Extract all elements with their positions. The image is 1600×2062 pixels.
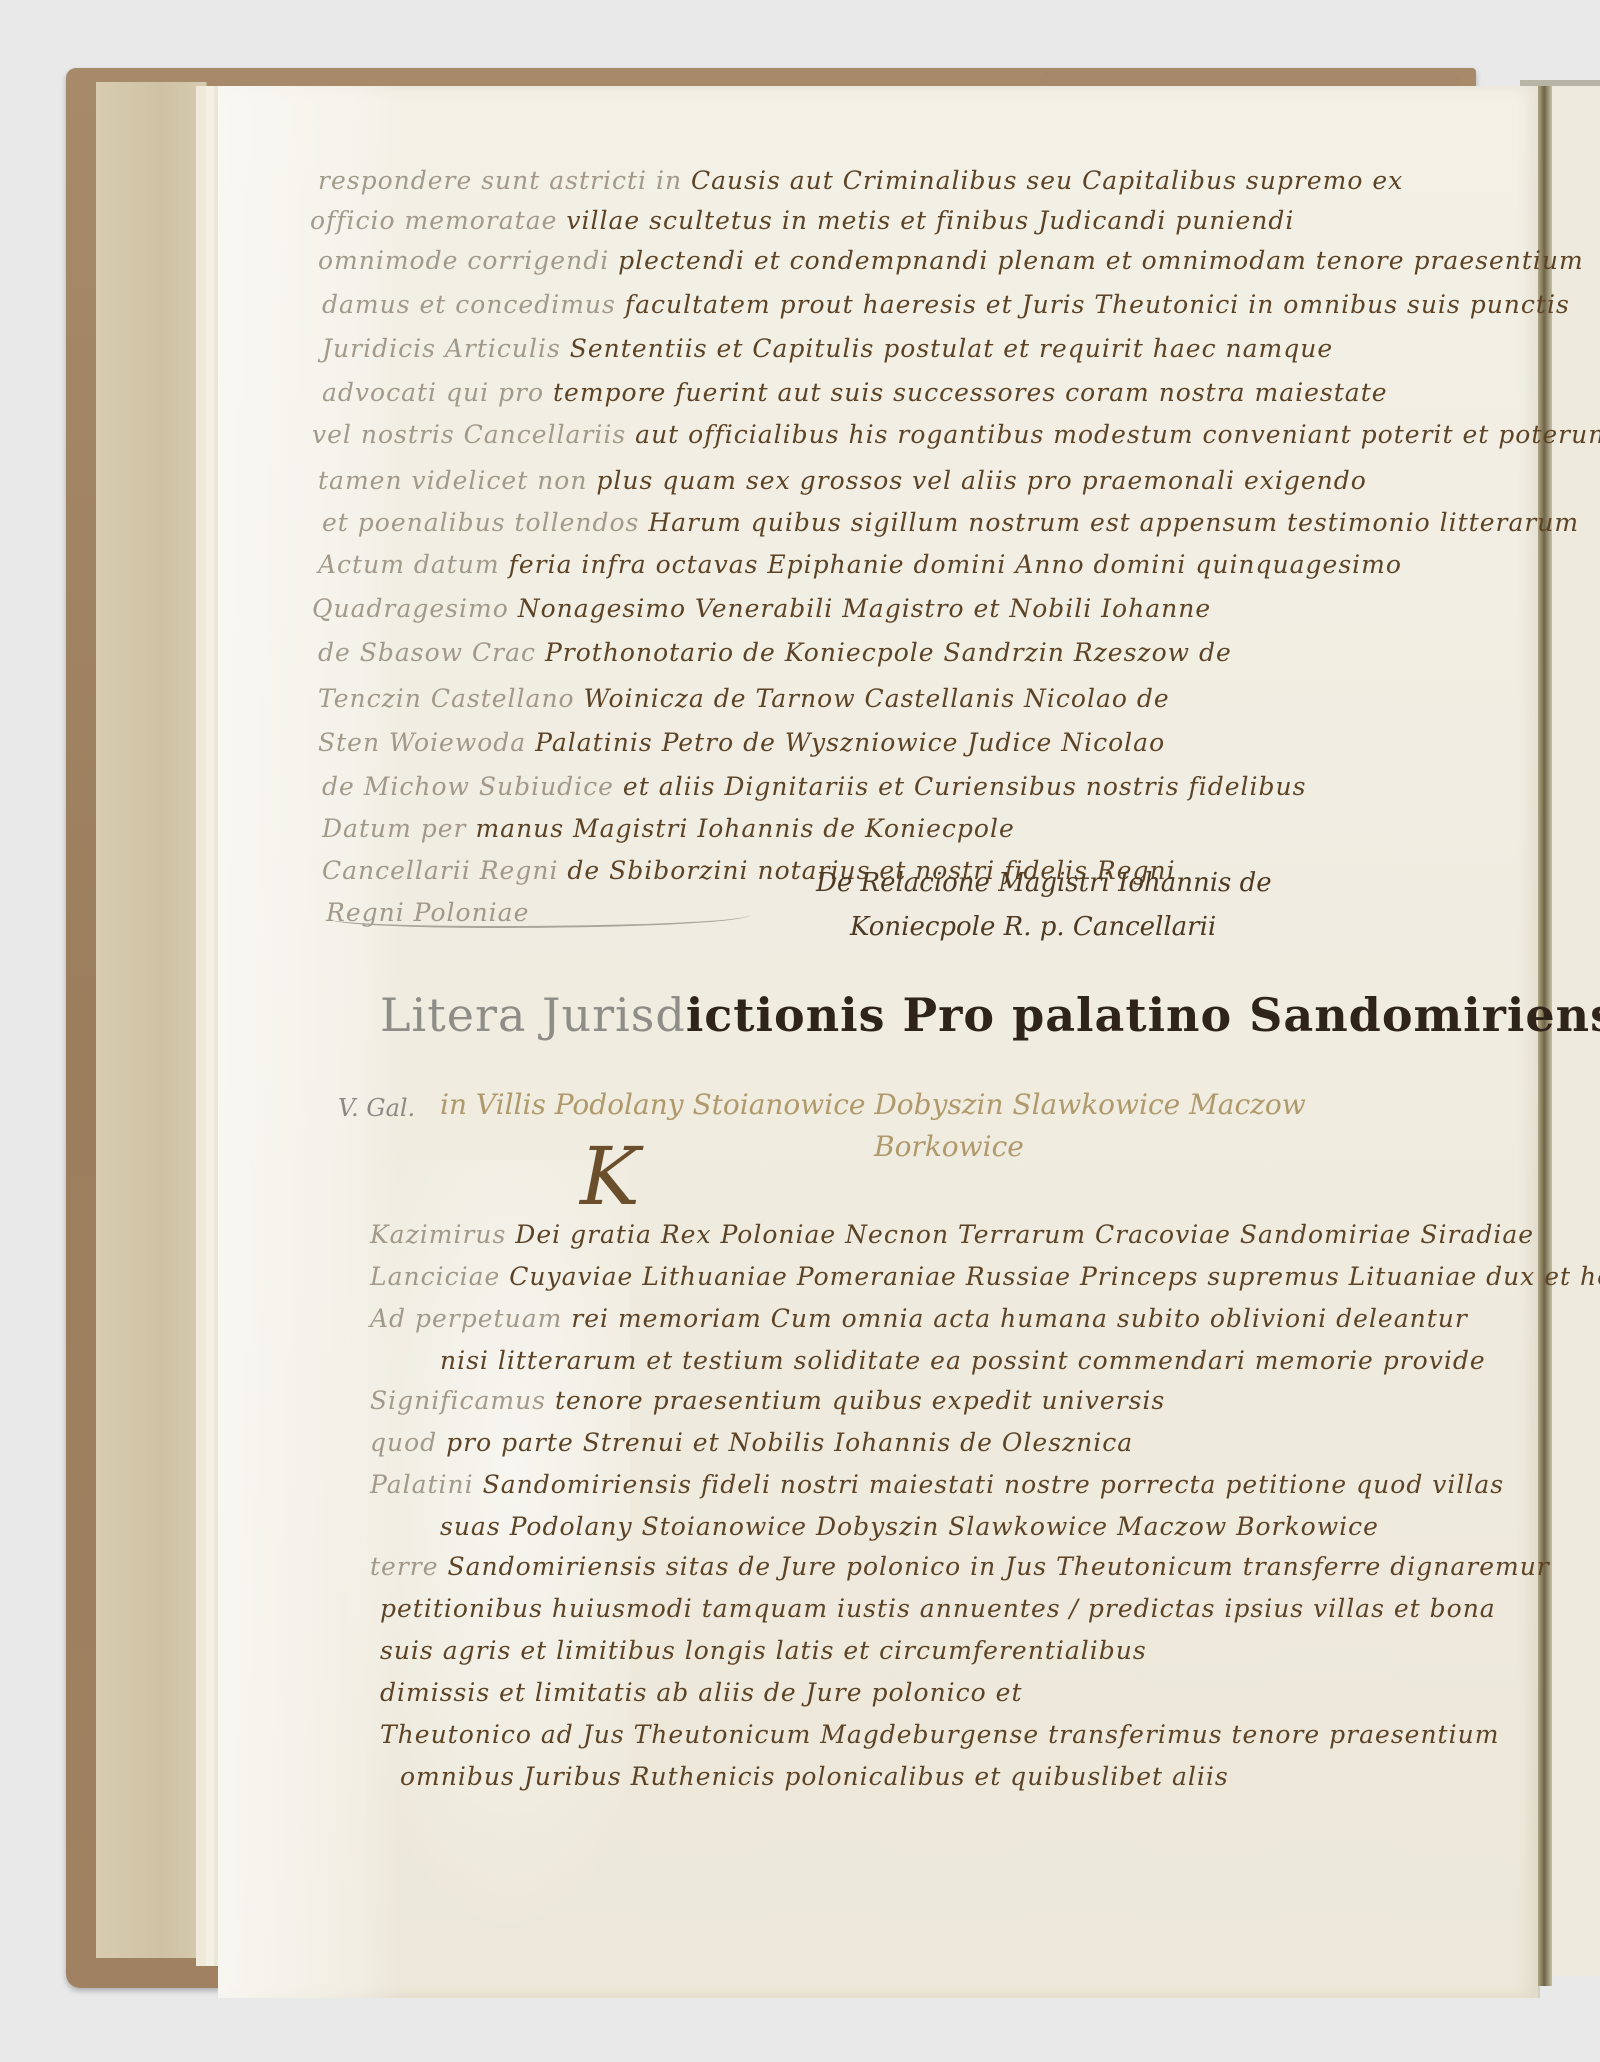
text-line: de Sbasow Crac Prothonotario de Koniecpo…	[318, 638, 1232, 667]
text-line: petitionibus huiusmodi tamquam iustis an…	[380, 1594, 1496, 1623]
rubric-heading: Litera Jurisdictionis Pro palatino Sando…	[380, 988, 1600, 1042]
text-line: omnimode corrigendi plectendi et condemp…	[318, 246, 1584, 275]
text-line: damus et concedimus facultatem prout hae…	[322, 290, 1570, 319]
text-line: Significamus tenore praesentium quibus e…	[370, 1386, 1165, 1415]
text-line: quod pro parte Strenui et Nobilis Iohann…	[370, 1428, 1133, 1457]
text-line: vel nostris Cancellariis aut officialibu…	[312, 420, 1600, 449]
margin-annotation: V. Gal.	[338, 1094, 415, 1122]
text-line: tamen videlicet non plus quam sex grosso…	[318, 466, 1367, 495]
text-line: advocati qui pro tempore fuerint aut sui…	[322, 378, 1388, 407]
text-line: Kazimirus Dei gratia Rex Poloniae Necnon…	[370, 1220, 1534, 1249]
text-line: suas Podolany Stoianowice Dobyszin Slawk…	[440, 1512, 1379, 1541]
text-line: Actum datum feria infra octavas Epiphani…	[318, 550, 1402, 579]
text-line: Quadragesimo Nonagesimo Venerabili Magis…	[312, 594, 1211, 623]
decorated-initial: K	[580, 1130, 640, 1223]
text-line: omnibus Juribus Ruthenicis polonicalibus…	[400, 1762, 1229, 1791]
relation-note-line-2: Koniecpole R. p. Cancellarii	[850, 912, 1216, 942]
text-line: de Michow Subiudice et aliis Dignitariis…	[322, 772, 1306, 801]
text-line: nisi litterarum et testium soliditate ea…	[440, 1346, 1486, 1375]
relation-note-line-1: De Relacione Magistri Iohannis de	[816, 868, 1272, 898]
text-line: suis agris et limitibus longis latis et …	[380, 1636, 1147, 1665]
text-line: dimissis et limitatis ab aliis de Jure p…	[380, 1678, 1023, 1707]
text-line: officio memoratae villae scultetus in me…	[310, 206, 1294, 235]
text-line: Tenczin Castellano Woinicza de Tarnow Ca…	[318, 684, 1170, 713]
annotation-line-2: Borkowice	[874, 1130, 1024, 1163]
text-line: Lanciciae Cuyaviae Lithuaniae Pomeraniae…	[370, 1262, 1600, 1291]
text-line: terre Sandomiriensis sitas de Jure polon…	[370, 1552, 1550, 1581]
board-pastedown	[96, 82, 207, 1958]
text-line: respondere sunt astricti in Causis aut C…	[318, 166, 1403, 195]
text-line: Sten Woiewoda Palatinis Petro de Wysznio…	[318, 728, 1165, 757]
annotation-line-1: in Villis Podolany Stoianowice Dobyszin …	[440, 1088, 1306, 1121]
text-line: Palatini Sandomiriensis fideli nostri ma…	[370, 1470, 1504, 1499]
text-line: Ad perpetuam rei memoriam Cum omnia acta…	[370, 1304, 1468, 1333]
text-line: Theutonico ad Jus Theutonicum Magdeburge…	[380, 1720, 1499, 1749]
text-line: Juridicis Articulis Sententiis et Capitu…	[322, 334, 1333, 363]
text-line: et poenalibus tollendos Harum quibus sig…	[322, 508, 1579, 537]
text-line: Datum per manus Magistri Iohannis de Kon…	[322, 814, 1015, 843]
